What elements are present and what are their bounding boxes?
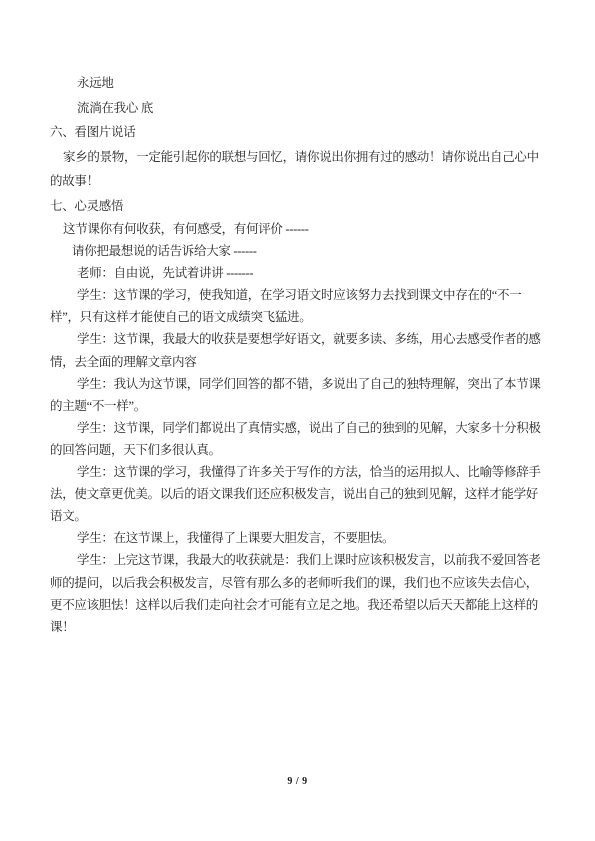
text-line: 法，使文章更优美。以后的语文课我们还应积极发言，说出自己的独到见解，这样才能学好 xyxy=(50,483,550,505)
text-line: 流淌在我心 底 xyxy=(50,96,550,121)
text-line: 师的提问，以后我会积极发言，尽管有那么多的老师听我们的课，我们也不应该失去信心， xyxy=(50,572,550,594)
text-line: 学生：这节课的学习，我懂得了许多关于写作的方法，恰当的运用拟人、比喻等修辞手 xyxy=(50,461,550,483)
text-line: 学生：这节课，我最大的收获是要想学好语文，就要多读、多练，用心去感受作者的感 xyxy=(50,328,550,350)
text-line: 语文。 xyxy=(50,505,550,527)
text-line: 永远地 xyxy=(50,71,550,96)
text-line: 样”，只有这样才能使自己的语文成绩突飞猛进。 xyxy=(50,306,550,328)
text-line: 更不应该胆怯！这样以后我们走向社会才可能有立足之地。我还希望以后天天都能上这样的 xyxy=(50,594,550,616)
text-line: 课！ xyxy=(50,616,550,638)
text-line: 七、心灵感悟 xyxy=(50,194,550,219)
text-line: 六、看图片说话 xyxy=(50,120,550,145)
text-line: 请你把最想说的话告诉给大家 ------ xyxy=(50,240,550,262)
text-line: 学生：上完这节课，我最大的收获就是：我们上课时应该积极发言，以前我不爱回答老 xyxy=(50,549,550,571)
page-footer: 9 / 9 xyxy=(0,771,595,789)
text-line: 老师：自由说，先试着讲讲 ------- xyxy=(50,262,550,284)
text-line: 的回答问题，天下们多很认真。 xyxy=(50,439,550,461)
text-line: 这节课你有何收获，有何感受，有何评价 ------ xyxy=(50,218,550,240)
text-line: 学生：这节课，同学们都说出了真情实感，说出了自己的独到的见解，大家多十分积极 xyxy=(50,417,550,439)
document-text-body: 永远地流淌在我心 底六、看图片说话家乡的景物，一定能引起你的联想与回忆，请你说出… xyxy=(50,71,550,638)
page-number: 9 / 9 xyxy=(287,776,307,787)
text-line: 的故事！ xyxy=(50,169,550,194)
text-line: 情，去全面的理解文章内容 xyxy=(50,351,550,373)
document-page: 永远地流淌在我心 底六、看图片说话家乡的景物，一定能引起你的联想与回忆，请你说出… xyxy=(0,0,595,841)
text-line: 家乡的景物，一定能引起你的联想与回忆，请你说出你拥有过的感动！请你说出自己心中 xyxy=(50,145,550,170)
text-line: 学生：在这节课上，我懂得了上课要大胆发言，不要胆怯。 xyxy=(50,527,550,549)
text-line: 学生：我认为这节课，同学们回答的都不错，多说出了自己的独特理解，突出了本节课 xyxy=(50,373,550,395)
text-line: 学生：这节课的学习，使我知道，在学习语文时应该努力去找到课文中存在的“不一 xyxy=(50,284,550,306)
text-line: 的主题“不一样”。 xyxy=(50,395,550,417)
